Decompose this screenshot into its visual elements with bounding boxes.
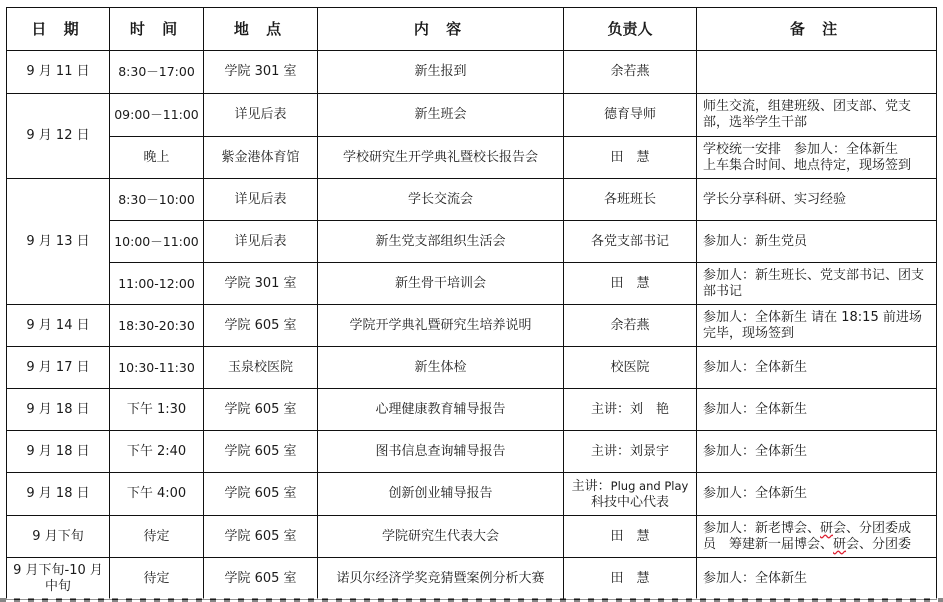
cell-date: 9 月 13 日: [7, 179, 110, 305]
cell-time: 待定: [110, 516, 204, 558]
cell-place: 详见后表: [204, 94, 318, 137]
schedule-table-container: 日 期 时 间 地 点 内 容 负责人 备 注 9 月 11 日 8:30－17…: [6, 7, 937, 600]
header-note: 备 注: [697, 8, 937, 51]
cell-date: 9 月 11 日: [7, 51, 110, 94]
cell-owner: 德育导师: [564, 94, 697, 137]
cell-place: 玉泉校医院: [204, 347, 318, 389]
cell-note: 参加人：全体新生: [697, 347, 937, 389]
cell-date: 9 月 14 日: [7, 305, 110, 347]
cell-place: 学院 605 室: [204, 305, 318, 347]
cell-time: 09:00－11:00: [110, 94, 204, 137]
cell-note: 参加人：全体新生: [697, 389, 937, 431]
cell-note: 学长分享科研、实习经验: [697, 179, 937, 221]
table-row: 11:00-12:00 学院 301 室 新生骨干培训会 田 慧 参加人：新生班…: [7, 263, 937, 305]
cell-date: 9 月 18 日: [7, 431, 110, 473]
cell-time: 10:00－11:00: [110, 221, 204, 263]
header-date: 日 期: [7, 8, 110, 51]
cell-content: 学院研究生代表大会: [318, 516, 564, 558]
header-place: 地 点: [204, 8, 318, 51]
table-row: 9 月 12 日 09:00－11:00 详见后表 新生班会 德育导师 师生交流…: [7, 94, 937, 137]
cell-note: 参加人：全体新生: [697, 558, 937, 600]
cell-content: 学长交流会: [318, 179, 564, 221]
orientation-schedule-table: 日 期 时 间 地 点 内 容 负责人 备 注 9 月 11 日 8:30－17…: [6, 7, 937, 600]
cell-owner: 各党支部书记: [564, 221, 697, 263]
cell-content: 心理健康教育辅导报告: [318, 389, 564, 431]
cell-owner: 主讲：Plug and Play 科技中心代表: [564, 473, 697, 516]
cell-place: 详见后表: [204, 179, 318, 221]
cell-owner: 田 慧: [564, 558, 697, 600]
cell-content: 图书信息查询辅导报告: [318, 431, 564, 473]
cell-owner: 田 慧: [564, 137, 697, 179]
cell-place: 学院 605 室: [204, 431, 318, 473]
cell-owner: 主讲：刘景宇: [564, 431, 697, 473]
cell-content: 诺贝尔经济学奖竞猜暨案例分析大赛: [318, 558, 564, 600]
cell-note: 参加人：全体新生: [697, 431, 937, 473]
header-row: 日 期 时 间 地 点 内 容 负责人 备 注: [7, 8, 937, 51]
cell-content: 创新创业辅导报告: [318, 473, 564, 516]
spellcheck-mark: 研: [833, 537, 846, 552]
cell-place: 学院 605 室: [204, 558, 318, 600]
header-content: 内 容: [318, 8, 564, 51]
cell-place: 紫金港体育馆: [204, 137, 318, 179]
cell-note: 参加人：新老博会、研会、分团委成 员 筹建新一届博会、研会、分团委: [697, 516, 937, 558]
cell-date: 9 月 17 日: [7, 347, 110, 389]
cell-time: 待定: [110, 558, 204, 600]
table-row: 9 月 14 日 18:30-20:30 学院 605 室 学院开学典礼暨研究生…: [7, 305, 937, 347]
table-row: 9 月 18 日 下午 2:40 学院 605 室 图书信息查询辅导报告 主讲：…: [7, 431, 937, 473]
cell-note: 参加人：全体新生 请在 18:15 前进场完毕，现场签到: [697, 305, 937, 347]
owner-org-name: Plug and Play: [611, 479, 689, 493]
cell-content: 新生党支部组织生活会: [318, 221, 564, 263]
cell-time: 晚上: [110, 137, 204, 179]
cell-time: 10:30-11:30: [110, 347, 204, 389]
table-row: 9 月 17 日 10:30-11:30 玉泉校医院 新生体检 校医院 参加人：…: [7, 347, 937, 389]
table-row: 9 月 18 日 下午 1:30 学院 605 室 心理健康教育辅导报告 主讲：…: [7, 389, 937, 431]
cell-owner: 田 慧: [564, 516, 697, 558]
cell-date: 9 月 18 日: [7, 473, 110, 516]
table-row: 9 月下旬 待定 学院 605 室 学院研究生代表大会 田 慧 参加人：新老博会…: [7, 516, 937, 558]
cell-owner: 余若燕: [564, 305, 697, 347]
cell-content: 新生骨干培训会: [318, 263, 564, 305]
header-time: 时 间: [110, 8, 204, 51]
cell-time: 18:30-20:30: [110, 305, 204, 347]
note-line: 参加人：新老博会、研会、分团委成: [703, 521, 932, 537]
cell-note: 师生交流，组建班级、团支部、党支部，选举学生干部: [697, 94, 937, 137]
cell-owner: 校医院: [564, 347, 697, 389]
owner-line: 主讲：Plug and Play: [568, 478, 692, 495]
cell-time: 8:30－10:00: [110, 179, 204, 221]
table-row: 9 月 11 日 8:30－17:00 学院 301 室 新生报到 余若燕: [7, 51, 937, 94]
header-owner: 负责人: [564, 8, 697, 51]
note-line: 学校统一安排 参加人：全体新生: [703, 142, 932, 158]
cell-note: 学校统一安排 参加人：全体新生 上车集合时间、地点待定，现场签到: [697, 137, 937, 179]
cell-date: 9 月 18 日: [7, 389, 110, 431]
cell-owner: 主讲：刘 艳: [564, 389, 697, 431]
cell-place: 详见后表: [204, 221, 318, 263]
cell-place: 学院 301 室: [204, 51, 318, 94]
cell-place: 学院 605 室: [204, 473, 318, 516]
cell-place: 学院 605 室: [204, 389, 318, 431]
spellcheck-mark: 研: [820, 521, 833, 536]
cell-note: 参加人：全体新生: [697, 473, 937, 516]
cell-content: 新生体检: [318, 347, 564, 389]
cell-date: 9 月 12 日: [7, 94, 110, 179]
owner-prefix: 主讲：: [572, 479, 611, 494]
table-row: 9 月下旬-10 月中旬 待定 学院 605 室 诺贝尔经济学奖竞猜暨案例分析大…: [7, 558, 937, 600]
cell-time: 8:30－17:00: [110, 51, 204, 94]
note-line: 员 筹建新一届博会、研会、分团委: [703, 537, 932, 553]
cell-content: 学院开学典礼暨研究生培养说明: [318, 305, 564, 347]
cell-owner: 田 慧: [564, 263, 697, 305]
table-row: 9 月 18 日 下午 4:00 学院 605 室 创新创业辅导报告 主讲：Pl…: [7, 473, 937, 516]
cell-place: 学院 605 室: [204, 516, 318, 558]
cell-time: 下午 1:30: [110, 389, 204, 431]
cell-note: 参加人：新生班长、党支部书记、团支部书记: [697, 263, 937, 305]
table-row: 9 月 13 日 8:30－10:00 详见后表 学长交流会 各班班长 学长分享…: [7, 179, 937, 221]
cell-time: 下午 2:40: [110, 431, 204, 473]
cell-owner: 各班班长: [564, 179, 697, 221]
cell-time: 下午 4:00: [110, 473, 204, 516]
note-line: 上车集合时间、地点待定，现场签到: [703, 158, 932, 174]
cell-content: 新生报到: [318, 51, 564, 94]
cell-content: 新生班会: [318, 94, 564, 137]
cell-place: 学院 301 室: [204, 263, 318, 305]
cell-date: 9 月下旬: [7, 516, 110, 558]
cell-owner: 余若燕: [564, 51, 697, 94]
table-row: 10:00－11:00 详见后表 新生党支部组织生活会 各党支部书记 参加人：新…: [7, 221, 937, 263]
cell-note: [697, 51, 937, 94]
table-row: 晚上 紫金港体育馆 学校研究生开学典礼暨校长报告会 田 慧 学校统一安排 参加人…: [7, 137, 937, 179]
cell-note: 参加人：新生党员: [697, 221, 937, 263]
cell-date: 9 月下旬-10 月中旬: [7, 558, 110, 600]
cell-time: 11:00-12:00: [110, 263, 204, 305]
cell-content: 学校研究生开学典礼暨校长报告会: [318, 137, 564, 179]
owner-line: 科技中心代表: [568, 495, 692, 511]
cropped-next-line-text: [0, 598, 943, 602]
